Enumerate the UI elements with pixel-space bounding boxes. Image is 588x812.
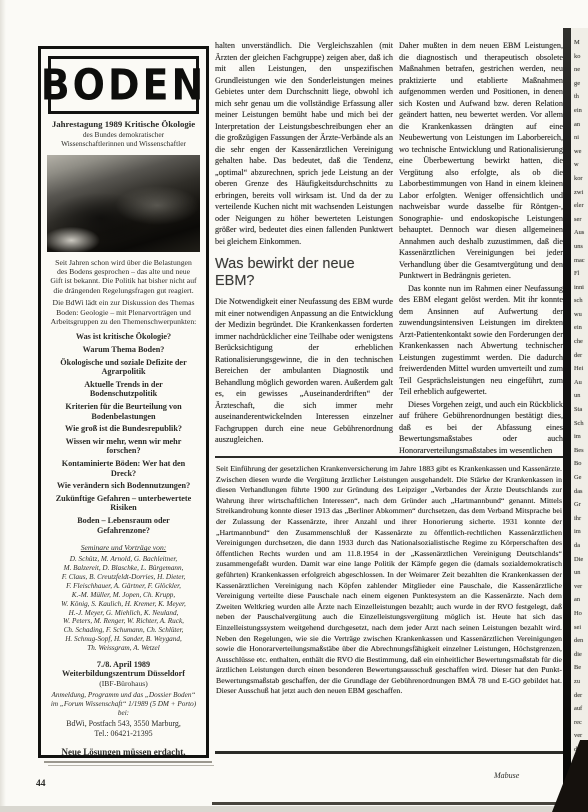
article-column-2: Daher mußten in dem neuen EBM Leistungen… [399, 40, 563, 456]
soil-photo [47, 155, 200, 252]
ad-topic: Wie verändern sich Bodennutzungen? [53, 481, 194, 491]
ad-topic: Wie groß ist die Bundesrepublik? [53, 424, 194, 434]
ad-drop-shadow-2 [48, 765, 214, 766]
ad-title-frame: BODEN [48, 56, 199, 114]
ad-topic: Ökologische und soziale Defizite der Agr… [53, 358, 194, 377]
ad-topic: Zukünftige Gefahren – unterbewertete Ris… [53, 494, 194, 513]
ad-speakers-list: D. Schütz, M. Arnold, G. Bachleitner, M.… [41, 555, 206, 653]
article-paragraph: Dieses Vorgehen zeigt, und auch ein Rück… [399, 399, 563, 457]
page-number: 44 [36, 779, 46, 789]
page-bottom-edge [212, 802, 572, 805]
ad-slogan: Neue Lösungen müssen erdacht, alte Lösun… [41, 747, 206, 758]
ad-topic: Kontaminierte Böden: Wer hat den Dreck? [53, 459, 194, 478]
article-paragraph: Daher mußten in dem neuen EBM Leistungen… [399, 40, 563, 282]
ad-topic: Boden – Lebensraum oder Gefahrenzone? [53, 516, 194, 535]
adjacent-page-text-fragments: M ko ne ge th ein an ni we w kor zwi ele… [571, 28, 588, 784]
ad-organizer-line2: Wissenschaftlerinnen und Wissenschaftler [61, 139, 186, 148]
history-info-box: Seit Einführung der gesetzlichen Kranken… [215, 456, 563, 754]
ad-topic: Aktuelle Trends in der Bodenschutzpoliti… [53, 380, 194, 399]
ad-event-date: 7./8. April 1989 [41, 660, 206, 669]
adjacent-page-edge: M ko ne ge th ein an ni we w kor zwi ele… [571, 28, 588, 812]
page-gutter-shadow [563, 28, 571, 812]
scanned-magazine-page: BODEN Jahrestagung 1989 Kritische Ökolog… [0, 0, 588, 812]
article-paragraph: Die Notwendigkeit einer Neufassung des E… [215, 296, 393, 446]
section-heading: Was bewirkt der neue EBM? [215, 256, 393, 290]
ad-topic: Kriterien für die Beurteilung von Bodenb… [53, 402, 194, 421]
ad-address: BdWi, Postfach 543, 3550 Marburg, [41, 719, 206, 729]
ad-intro-paragraph-1: Seit Jahren schon wird über die Belastun… [50, 258, 197, 296]
ad-topic: Warum Thema Boden? [53, 345, 194, 355]
ad-venue-detail: (IBF-Bürohaus) [41, 679, 206, 688]
ad-speakers-heading: Seminare und Vorträge von: [41, 543, 206, 552]
ad-registration-note: Anmeldung, Programm und das „Dossier Bod… [50, 691, 197, 717]
ad-intro-paragraph-2: Die BdWi lädt ein zur Diskussion des The… [50, 298, 197, 326]
article-column-1: halten unverständlich. Die Vergleichszah… [215, 40, 393, 446]
ad-topic: Was ist kritische Ökologie? [53, 332, 194, 342]
ad-phone: Tel.: 06421-21395 [41, 729, 206, 739]
article-paragraph: halten unverständlich. Die Vergleichszah… [215, 40, 393, 247]
ad-topic-list: Was ist kritische Ökologie? Warum Thema … [41, 332, 206, 535]
history-box-text: Seit Einführung der gesetzlichen Kranken… [216, 464, 562, 697]
journal-footer: Mabuse [494, 771, 519, 780]
ad-subtitle: Jahrestagung 1989 Kritische Ökologie [41, 119, 206, 129]
scan-bottom-strip [0, 806, 588, 812]
boden-conference-ad: BODEN Jahrestagung 1989 Kritische Ökolog… [38, 46, 209, 758]
ad-drop-shadow [44, 761, 212, 763]
ad-venue: Weiterbildungszentrum Düsseldorf [41, 669, 206, 679]
ad-organizer-line1: des Bundes demokratischer [83, 130, 164, 139]
ad-organizer: des Bundes demokratischer Wissenschaftle… [41, 131, 206, 149]
ad-title: BODEN [41, 60, 207, 109]
ad-topic: Wissen wir mehr, wenn wir mehr forschen? [53, 437, 194, 456]
article-paragraph: Das konnte nun im Rahmen einer Neufassun… [399, 283, 563, 398]
